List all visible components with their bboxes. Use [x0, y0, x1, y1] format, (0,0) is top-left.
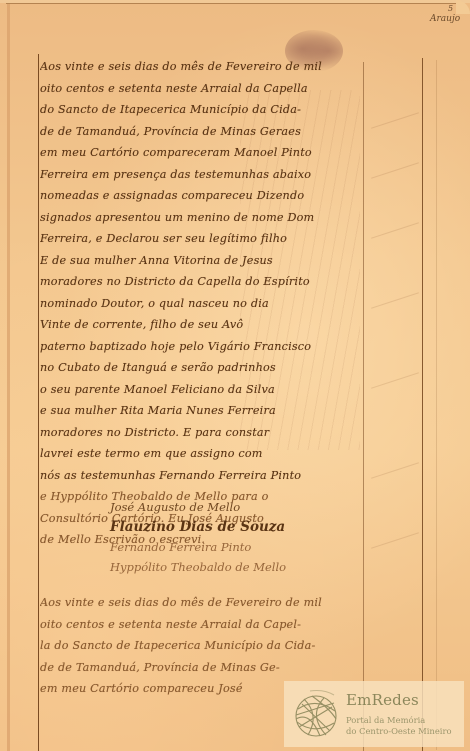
watermark-subtitle: do Centro-Oeste Mineiro [346, 726, 452, 736]
signature: Flauzino Dias de Souza [110, 517, 360, 537]
globe-icon [290, 689, 340, 739]
text-line: paterno baptizado hoje pelo Vigário Fran… [40, 336, 362, 358]
document-page: 5 Araujo Aos vinte e seis dias do mês de… [0, 0, 470, 751]
text-line: lavrei este termo em que assigno com [40, 443, 362, 465]
bleed-through-stroke [371, 112, 419, 128]
text-line: oito centos e setenta neste Arraial da C… [40, 78, 362, 100]
text-line: nós as testemunhas Fernando Ferreira Pin… [40, 465, 362, 487]
text-line: Aos vinte e seis dias do mês de Fevereir… [40, 56, 362, 78]
text-line: nomeadas e assignadas compareceu Dizendo [40, 185, 362, 207]
watermark-subtitle: Portal da Memória [346, 715, 425, 725]
page-gutter [7, 4, 10, 751]
text-line: do Sancto de Itapecerica Município da Ci… [40, 99, 362, 121]
text-line: Vinte de corrente, filho de seu Avô [40, 314, 362, 336]
text-line: oito centos e setenta neste Arraial da C… [40, 614, 362, 636]
text-line: E de sua mulher Anna Vitorina de Jesus [40, 250, 362, 272]
right-margin-rule [422, 58, 423, 751]
left-margin-rule [38, 54, 39, 751]
text-line: e sua mulher Rita Maria Nunes Ferreira [40, 400, 362, 422]
margin-note: Araujo [430, 14, 460, 24]
page-top-edge [6, 3, 464, 4]
text-line: moradores no Districto. E para constar [40, 422, 362, 444]
text-line: o seu parente Manoel Feliciano da Silva [40, 379, 362, 401]
bleed-through-stroke [371, 162, 419, 178]
watermark-title: EmRedes [346, 691, 419, 709]
text-boundary-rule [363, 62, 364, 751]
bleed-through-stroke [371, 292, 419, 308]
signature: Hyppólito Theobaldo de Mello [110, 557, 360, 577]
page-number: 5 [448, 4, 453, 13]
bleed-through-stroke [371, 372, 419, 388]
text-line: nominado Doutor, o qual nasceu no dia [40, 293, 362, 315]
bleed-through-stroke [371, 222, 419, 238]
text-line: de de Tamanduá, Província de Minas Gerae… [40, 121, 362, 143]
text-line: Ferreira, e Declarou ser seu legítimo fi… [40, 228, 362, 250]
emredes-watermark: EmRedes Portal da Memória do Centro-Oest… [284, 681, 464, 747]
text-line: Aos vinte e seis dias do mês de Fevereir… [40, 592, 362, 614]
signature-block: José Augusto de Mello Flauzino Dias de S… [110, 497, 360, 577]
text-line: la do Sancto de Itapecerica Município da… [40, 635, 362, 657]
text-line: signados apresentou um menino de nome Do… [40, 207, 362, 229]
text-line: Ferreira em presença das testemunhas aba… [40, 164, 362, 186]
bleed-through-stroke [371, 532, 419, 548]
faint-margin-rule [436, 60, 437, 750]
text-line: moradores no Districto da Capella do Esp… [40, 271, 362, 293]
bleed-through-stroke [371, 462, 419, 478]
text-line: em meu Cartório compareceram Manoel Pint… [40, 142, 362, 164]
signature: José Augusto de Mello [110, 497, 360, 517]
signature: Fernando Ferreira Pinto [110, 537, 360, 557]
text-line: de de Tamanduá, Província de Minas Ge- [40, 657, 362, 679]
record-entry-1: Aos vinte e seis dias do mês de Fevereir… [40, 56, 362, 551]
text-line: no Cubato de Itanguá e serão padrinhos [40, 357, 362, 379]
